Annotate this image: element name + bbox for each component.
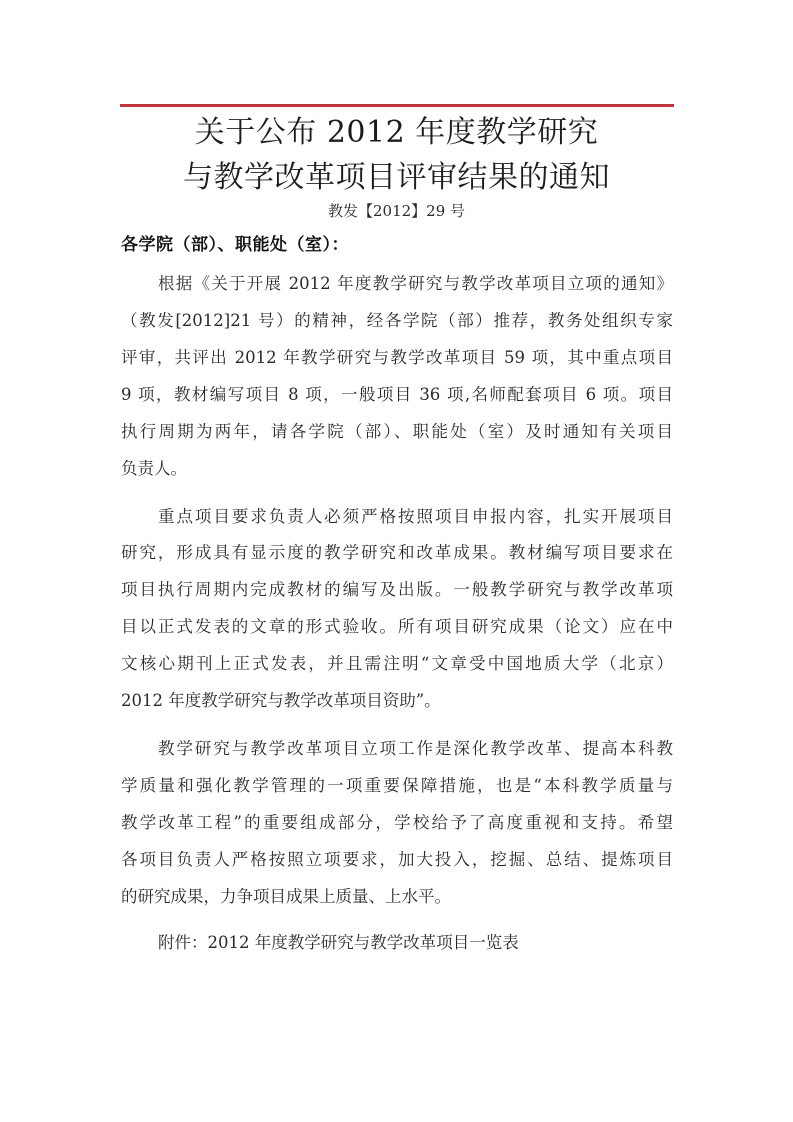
paragraph-line: 负责人。 (121, 457, 673, 481)
document-page: 关于公布 2012 年度教学研究 与教学改革项目评审结果的通知 教发【2012】… (0, 0, 793, 1122)
document-title-line-2: 与教学改革项目评审结果的通知 (0, 160, 793, 196)
paragraph-line: 各项目负责人严格按照立项要求，加大投入，挖掘、总结、提炼项目 (121, 848, 673, 872)
paragraph-line: 的研究成果，力争项目成果上质量、上水平。 (121, 885, 673, 909)
paragraph-line: 教学改革工程”的重要组成部分，学校给予了高度重视和支持。希望 (121, 811, 673, 835)
paragraph-line: 根据《关于开展 2012 年度教学研究与教学改革项目立项的通知》 (158, 272, 673, 296)
paragraph-line: 执行周期为两年，请各学院（部）、职能处（室）及时通知有关项目 (121, 420, 673, 444)
paragraph-line: （教发[2012]21 号）的精神，经各学院（部）推荐，教务处组织专家 (121, 309, 673, 333)
paragraph-line: 重点项目要求负责人必须严格按照项目申报内容，扎实开展项目 (158, 505, 673, 529)
paragraph-line: 9 项，教材编写项目 8 项，一般项目 36 项,名师配套项目 6 项。项目 (121, 383, 673, 407)
paragraph-line: 2012 年度教学研究与教学改革项目资助”。 (121, 689, 673, 713)
attachment-line: 附件：2012 年度教学研究与教学改革项目一览表 (158, 931, 673, 955)
document-number: 教发【2012】29 号 (0, 200, 793, 222)
document-title-line-1: 关于公布 2012 年度教学研究 (0, 115, 793, 151)
paragraph-line: 学质量和强化教学管理的一项重要保障措施，也是“本科教学质量与 (121, 774, 673, 798)
paragraph-line: 目以正式发表的文章的形式验收。所有项目研究成果（论文）应在中 (121, 615, 673, 639)
paragraph-line: 文核心期刊上正式发表，并且需注明“文章受中国地质大学（北京） (121, 652, 673, 676)
paragraph-line: 项目执行周期内完成教材的编写及出版。一般教学研究与教学改革项 (121, 578, 673, 602)
red-header-rule (120, 104, 674, 107)
paragraph-line: 评审，共评出 2012 年教学研究与教学改革项目 59 项，其中重点项目 (121, 346, 673, 370)
salutation: 各学院（部）、职能处（室）： (121, 233, 349, 257)
paragraph-line: 研究，形成具有显示度的教学研究和改革成果。教材编写项目要求在 (121, 541, 673, 565)
paragraph-line: 教学研究与教学改革项目立项工作是深化教学改革、提高本科教 (158, 737, 673, 761)
